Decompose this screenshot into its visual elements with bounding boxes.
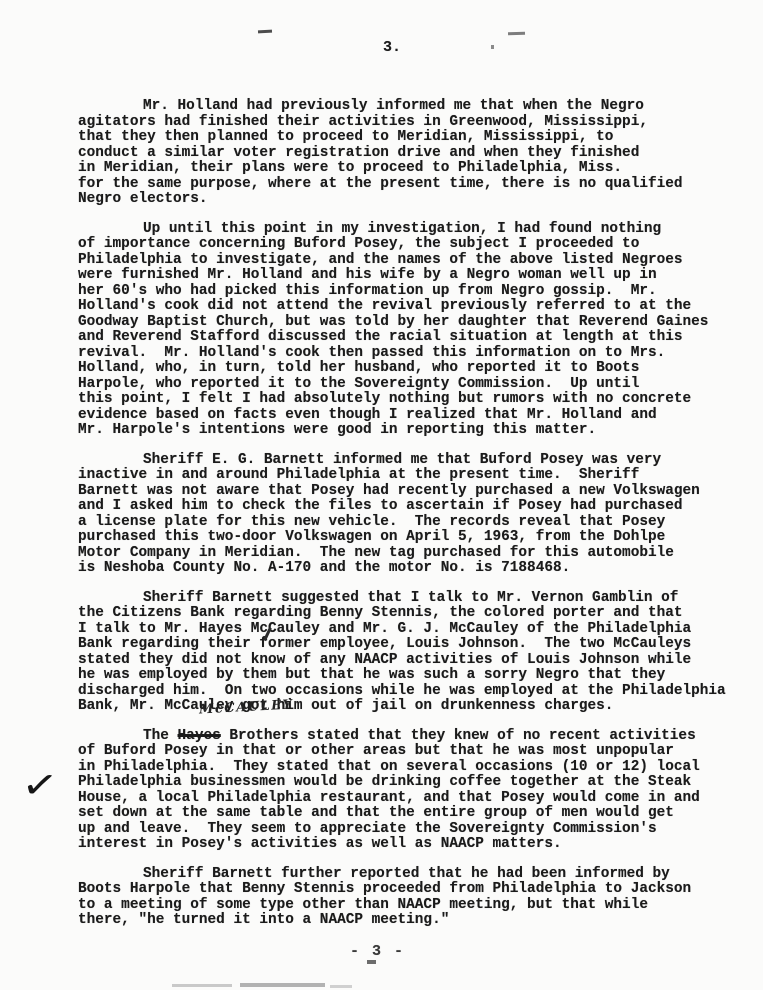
- scan-artifact: [258, 30, 272, 34]
- page-number-footer: - 3 -: [350, 944, 405, 960]
- scan-artifact: [330, 985, 352, 988]
- page-number-header: 3.: [383, 40, 401, 56]
- paragraph-5-rest: Brothers stated that they knew of no rec…: [78, 728, 700, 853]
- paragraph-4: Sheriff Barnett suggested that I talk to…: [78, 591, 750, 715]
- struck-word: Hayes: [178, 728, 221, 744]
- paragraph-1: Mr. Holland had previously informed me t…: [78, 99, 750, 208]
- margin-checkmark-icon: ✓: [20, 764, 60, 806]
- scan-artifact: [367, 960, 376, 964]
- scanned-document-page: 3. Mr. Holland had previously informed m…: [0, 0, 763, 990]
- scan-artifact: [240, 983, 325, 987]
- paragraph-5: The Hayes Brothers stated that they knew…: [78, 729, 750, 853]
- document-body: Mr. Holland had previously informed me t…: [78, 99, 750, 943]
- scan-artifact: [172, 984, 232, 987]
- paragraph-6: Sheriff Barnett further reported that he…: [78, 867, 750, 929]
- paragraph-5-lead: The: [143, 728, 178, 744]
- scan-artifact: [508, 32, 525, 35]
- paragraph-3: Sheriff E. G. Barnett informed me that B…: [78, 453, 750, 577]
- scan-artifact: [491, 45, 494, 49]
- paragraph-2: Up until this point in my investigation,…: [78, 222, 750, 439]
